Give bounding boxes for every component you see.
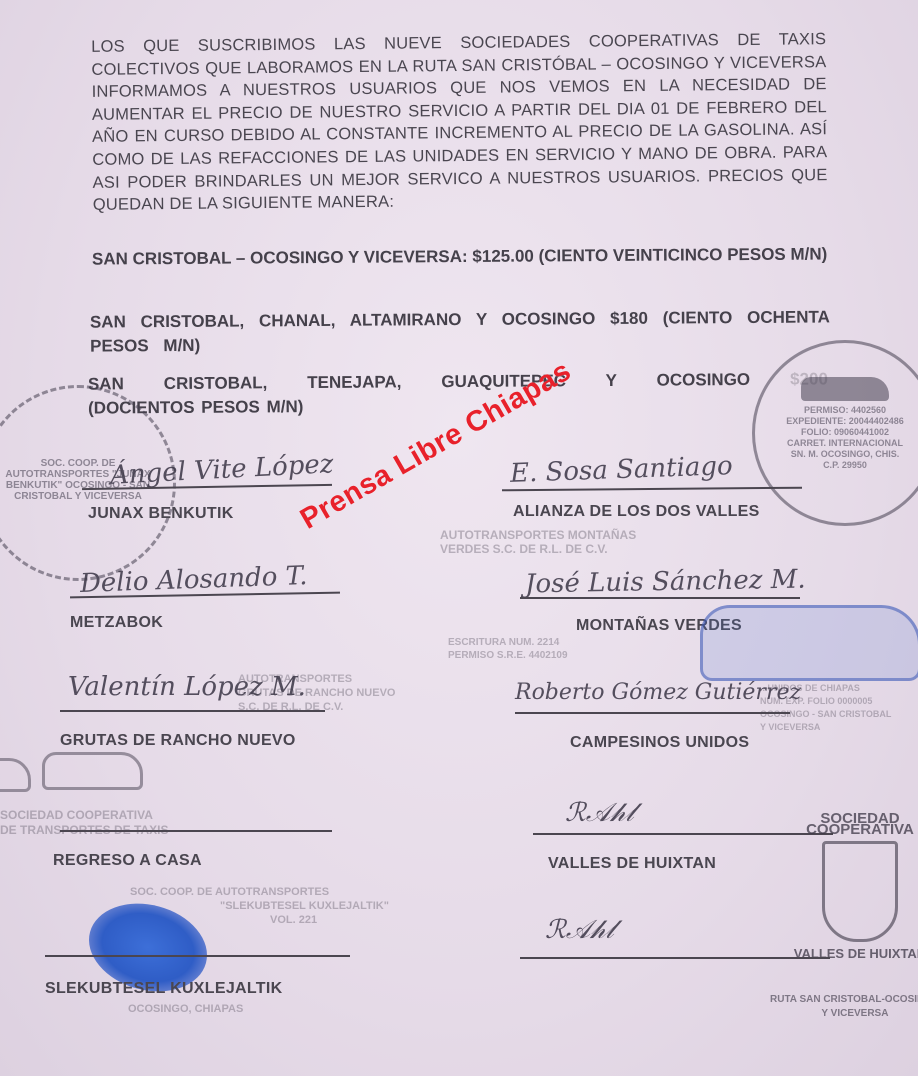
huixtan-stamp-route: RUTA SAN CRISTOBAL-OCOSINGO Y VICEVERSA: [770, 993, 918, 1021]
price-amount: $180: [610, 309, 648, 328]
price-route: SAN CRISTOBAL, CHANAL, ALTAMIRANO Y OCOS…: [90, 309, 595, 332]
signature-line: [520, 957, 830, 959]
slekubtesel-stamp-city: OCOSINGO, CHIAPAS: [128, 1003, 243, 1015]
signature-campesinos: Roberto Gómez Gutiérrez: [515, 680, 801, 705]
coop-name-slekubtesel: SLEKUBTESEL KUXLEJALTIK: [45, 980, 282, 998]
coop-name-huixtan: VALLES DE HUIXTAN: [548, 855, 716, 873]
signature-grutas: Valentín López M.: [68, 672, 306, 702]
price-words: (CIENTO VEINTICINCO PESOS M/N): [539, 244, 828, 265]
coop-name-grutas: GRUTAS DE RANCHO NUEVO: [60, 732, 296, 750]
car-stamp-icon: [42, 752, 143, 790]
coop-name-metzabok: METZABOK: [70, 614, 163, 632]
signature-huixtan-1: ℛ𝒜𝒽𝓁: [565, 798, 634, 829]
signature-line: [45, 955, 350, 957]
signature-alianza: E. Sosa Santiago: [510, 451, 734, 489]
montanas-stamp-text-2: ESCRITURA NUM. 2214 PERMISO S.R.E. 44021…: [448, 636, 568, 662]
coat-of-arms-icon: [822, 841, 898, 942]
signature-line: [515, 712, 790, 714]
price-route: SAN CRISTOBAL – OCOSINGO Y VICEVERSA:: [92, 247, 468, 269]
coop-name-alianza: ALIANZA DE LOS DOS VALLES: [513, 503, 760, 521]
coop-name-regreso: REGRESO A CASA: [53, 852, 202, 870]
signature-montanas: José Luis Sánchez M.: [525, 565, 806, 600]
signature-line: [60, 710, 325, 712]
car-stamp-icon: [0, 758, 31, 792]
price-item-2: SAN CRISTOBAL, CHANAL, ALTAMIRANO Y OCOS…: [90, 305, 830, 358]
signature-line: [60, 830, 332, 832]
price-route: SAN CRISTOBAL, TENEJAPA, GUAQUITEPEC Y O…: [88, 370, 750, 394]
signature-line: [520, 597, 800, 599]
alianza-stamp-text: PERMISO: 4402560 EXPEDIENTE: 20044402486…: [755, 405, 918, 471]
price-item-1: SAN CRISTOBAL – OCOSINGO Y VICEVERSA: $1…: [92, 242, 832, 271]
regreso-stamp-text: SOCIEDAD COOPERATIVA DE TRANSPORTES DE T…: [0, 808, 168, 838]
price-amount: $125.00: [472, 246, 534, 265]
car-icon: [801, 377, 889, 401]
intro-paragraph: LOS QUE SUSCRIBIMOS LAS NUEVE SOCIEDADES…: [91, 28, 828, 216]
montanas-stamp-text: AUTOTRANSPORTES MONTAÑAS VERDES S.C. DE …: [440, 528, 636, 556]
signature-huixtan-2: ℛ𝒜𝒽𝓁: [545, 915, 614, 946]
coop-name-junax: JUNAX BENKUTIK: [88, 505, 234, 523]
coop-name-campesinos: CAMPESINOS UNIDOS: [570, 734, 749, 752]
car-stamp-icon: [700, 605, 918, 681]
alianza-stamp: PERMISO: 4402560 EXPEDIENTE: 20044402486…: [752, 340, 918, 526]
